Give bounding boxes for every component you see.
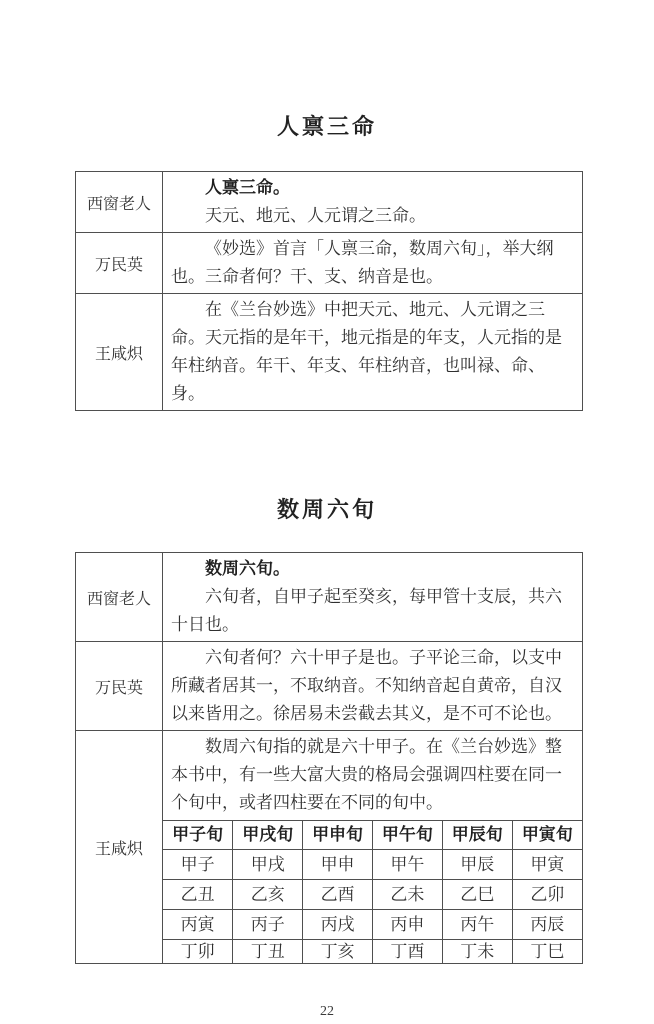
jiazi-cell: 丙寅: [163, 910, 233, 940]
jiazi-cell: 丙辰: [512, 910, 582, 940]
paragraph-bold: 人禀三命。: [171, 174, 572, 202]
speaker-cell: 王咸炽: [76, 294, 163, 411]
table-row: 万民英 六旬者何？六十甲子是也。子平论三命，以支中所藏者居其一，不取纳音。不知纳…: [76, 642, 583, 731]
jiazi-header-cell: 甲寅旬: [512, 821, 582, 850]
speaker-cell: 万民英: [76, 233, 163, 294]
paragraph-block: 数周六旬指的就是六十甲子。在《兰台妙选》整本书中，有一些大富大贵的格局会强调四柱…: [163, 731, 582, 820]
jiazi-cell: 丁酉: [372, 940, 442, 964]
content-cell: 在《兰台妙选》中把天元、地元、人元谓之三命。天元指的是年干，地元指是的年支，人元…: [163, 294, 583, 411]
jiazi-grid: 甲子旬 甲戌旬 甲申旬 甲午旬 甲辰旬 甲寅旬 甲子 甲戌 甲申 甲午 甲辰 甲…: [163, 820, 582, 963]
jiazi-cell: 乙卯: [512, 880, 582, 910]
jiazi-row: 甲子 甲戌 甲申 甲午 甲辰 甲寅: [163, 850, 582, 880]
sanming-table: 西窗老人 人禀三命。 天元、地元、人元谓之三命。 万民英 《妙选》首言「人禀三命…: [75, 171, 583, 411]
paragraph: 《妙选》首言「人禀三命，数周六旬」，举大纲也。三命者何？干、支、纳音是也。: [171, 235, 572, 291]
speaker-cell: 西窗老人: [76, 553, 163, 642]
table-row: 王咸炽 在《兰台妙选》中把天元、地元、人元谓之三命。天元指的是年干，地元指是的年…: [76, 294, 583, 411]
content-cell: 数周六旬。 六旬者，自甲子起至癸亥，每甲管十支辰，共六十日也。: [163, 553, 583, 642]
table-row: 西窗老人 数周六旬。 六旬者，自甲子起至癸亥，每甲管十支辰，共六十日也。: [76, 553, 583, 642]
paragraph: 六旬者何？六十甲子是也。子平论三命，以支中所藏者居其一，不取纳音。不知纳音起自黄…: [171, 644, 572, 728]
jiazi-cell: 乙巳: [442, 880, 512, 910]
paragraph: 数周六旬指的就是六十甲子。在《兰台妙选》整本书中，有一些大富大贵的格局会强调四柱…: [171, 733, 572, 817]
jiazi-cell: 丁丑: [233, 940, 303, 964]
jiazi-cell: 丙午: [442, 910, 512, 940]
speaker-cell: 王咸炽: [76, 731, 163, 964]
liuxun-table: 西窗老人 数周六旬。 六旬者，自甲子起至癸亥，每甲管十支辰，共六十日也。 万民英…: [75, 552, 583, 964]
jiazi-header-row: 甲子旬 甲戌旬 甲申旬 甲午旬 甲辰旬 甲寅旬: [163, 821, 582, 850]
jiazi-cell: 甲子: [163, 850, 233, 880]
section-title-shuzhou-liuxun: 数周六旬: [0, 493, 654, 526]
content-cell: 人禀三命。 天元、地元、人元谓之三命。: [163, 172, 583, 233]
jiazi-row: 丁卯 丁丑 丁亥 丁酉 丁未 丁巳: [163, 940, 582, 964]
jiazi-cell: 甲申: [303, 850, 373, 880]
table-row: 万民英 《妙选》首言「人禀三命，数周六旬」，举大纲也。三命者何？干、支、纳音是也…: [76, 233, 583, 294]
jiazi-header-cell: 甲子旬: [163, 821, 233, 850]
jiazi-cell: 丁未: [442, 940, 512, 964]
jiazi-cell: 丙申: [372, 910, 442, 940]
table-row: 西窗老人 人禀三命。 天元、地元、人元谓之三命。: [76, 172, 583, 233]
content-cell: 《妙选》首言「人禀三命，数周六旬」，举大纲也。三命者何？干、支、纳音是也。: [163, 233, 583, 294]
content-cell: 六旬者何？六十甲子是也。子平论三命，以支中所藏者居其一，不取纳音。不知纳音起自黄…: [163, 642, 583, 731]
jiazi-cell: 乙未: [372, 880, 442, 910]
jiazi-cell: 甲戌: [233, 850, 303, 880]
jiazi-row: 丙寅 丙子 丙戌 丙申 丙午 丙辰: [163, 910, 582, 940]
jiazi-header-cell: 甲戌旬: [233, 821, 303, 850]
jiazi-cell: 甲午: [372, 850, 442, 880]
jiazi-cell: 甲寅: [512, 850, 582, 880]
jiazi-header-cell: 甲午旬: [372, 821, 442, 850]
content-cell: 数周六旬指的就是六十甲子。在《兰台妙选》整本书中，有一些大富大贵的格局会强调四柱…: [163, 731, 583, 964]
section-title-renbing-sanming: 人禀三命: [0, 110, 654, 143]
jiazi-row: 乙丑 乙亥 乙酉 乙未 乙巳 乙卯: [163, 880, 582, 910]
jiazi-cell: 丁巳: [512, 940, 582, 964]
paragraph: 六旬者，自甲子起至癸亥，每甲管十支辰，共六十日也。: [171, 583, 572, 639]
table-row: 王咸炽 数周六旬指的就是六十甲子。在《兰台妙选》整本书中，有一些大富大贵的格局会…: [76, 731, 583, 964]
jiazi-cell: 甲辰: [442, 850, 512, 880]
paragraph: 天元、地元、人元谓之三命。: [171, 202, 572, 230]
jiazi-cell: 乙亥: [233, 880, 303, 910]
jiazi-header-cell: 甲辰旬: [442, 821, 512, 850]
jiazi-cell: 丁亥: [303, 940, 373, 964]
page-number: 22: [0, 1004, 654, 1020]
jiazi-cell: 乙丑: [163, 880, 233, 910]
jiazi-header-cell: 甲申旬: [303, 821, 373, 850]
jiazi-cell: 丙戌: [303, 910, 373, 940]
speaker-cell: 万民英: [76, 642, 163, 731]
paragraph-bold: 数周六旬。: [171, 555, 572, 583]
jiazi-cell: 丙子: [233, 910, 303, 940]
paragraph: 在《兰台妙选》中把天元、地元、人元谓之三命。天元指的是年干，地元指是的年支，人元…: [171, 296, 572, 408]
speaker-cell: 西窗老人: [76, 172, 163, 233]
jiazi-cell: 丁卯: [163, 940, 233, 964]
jiazi-cell: 乙酉: [303, 880, 373, 910]
